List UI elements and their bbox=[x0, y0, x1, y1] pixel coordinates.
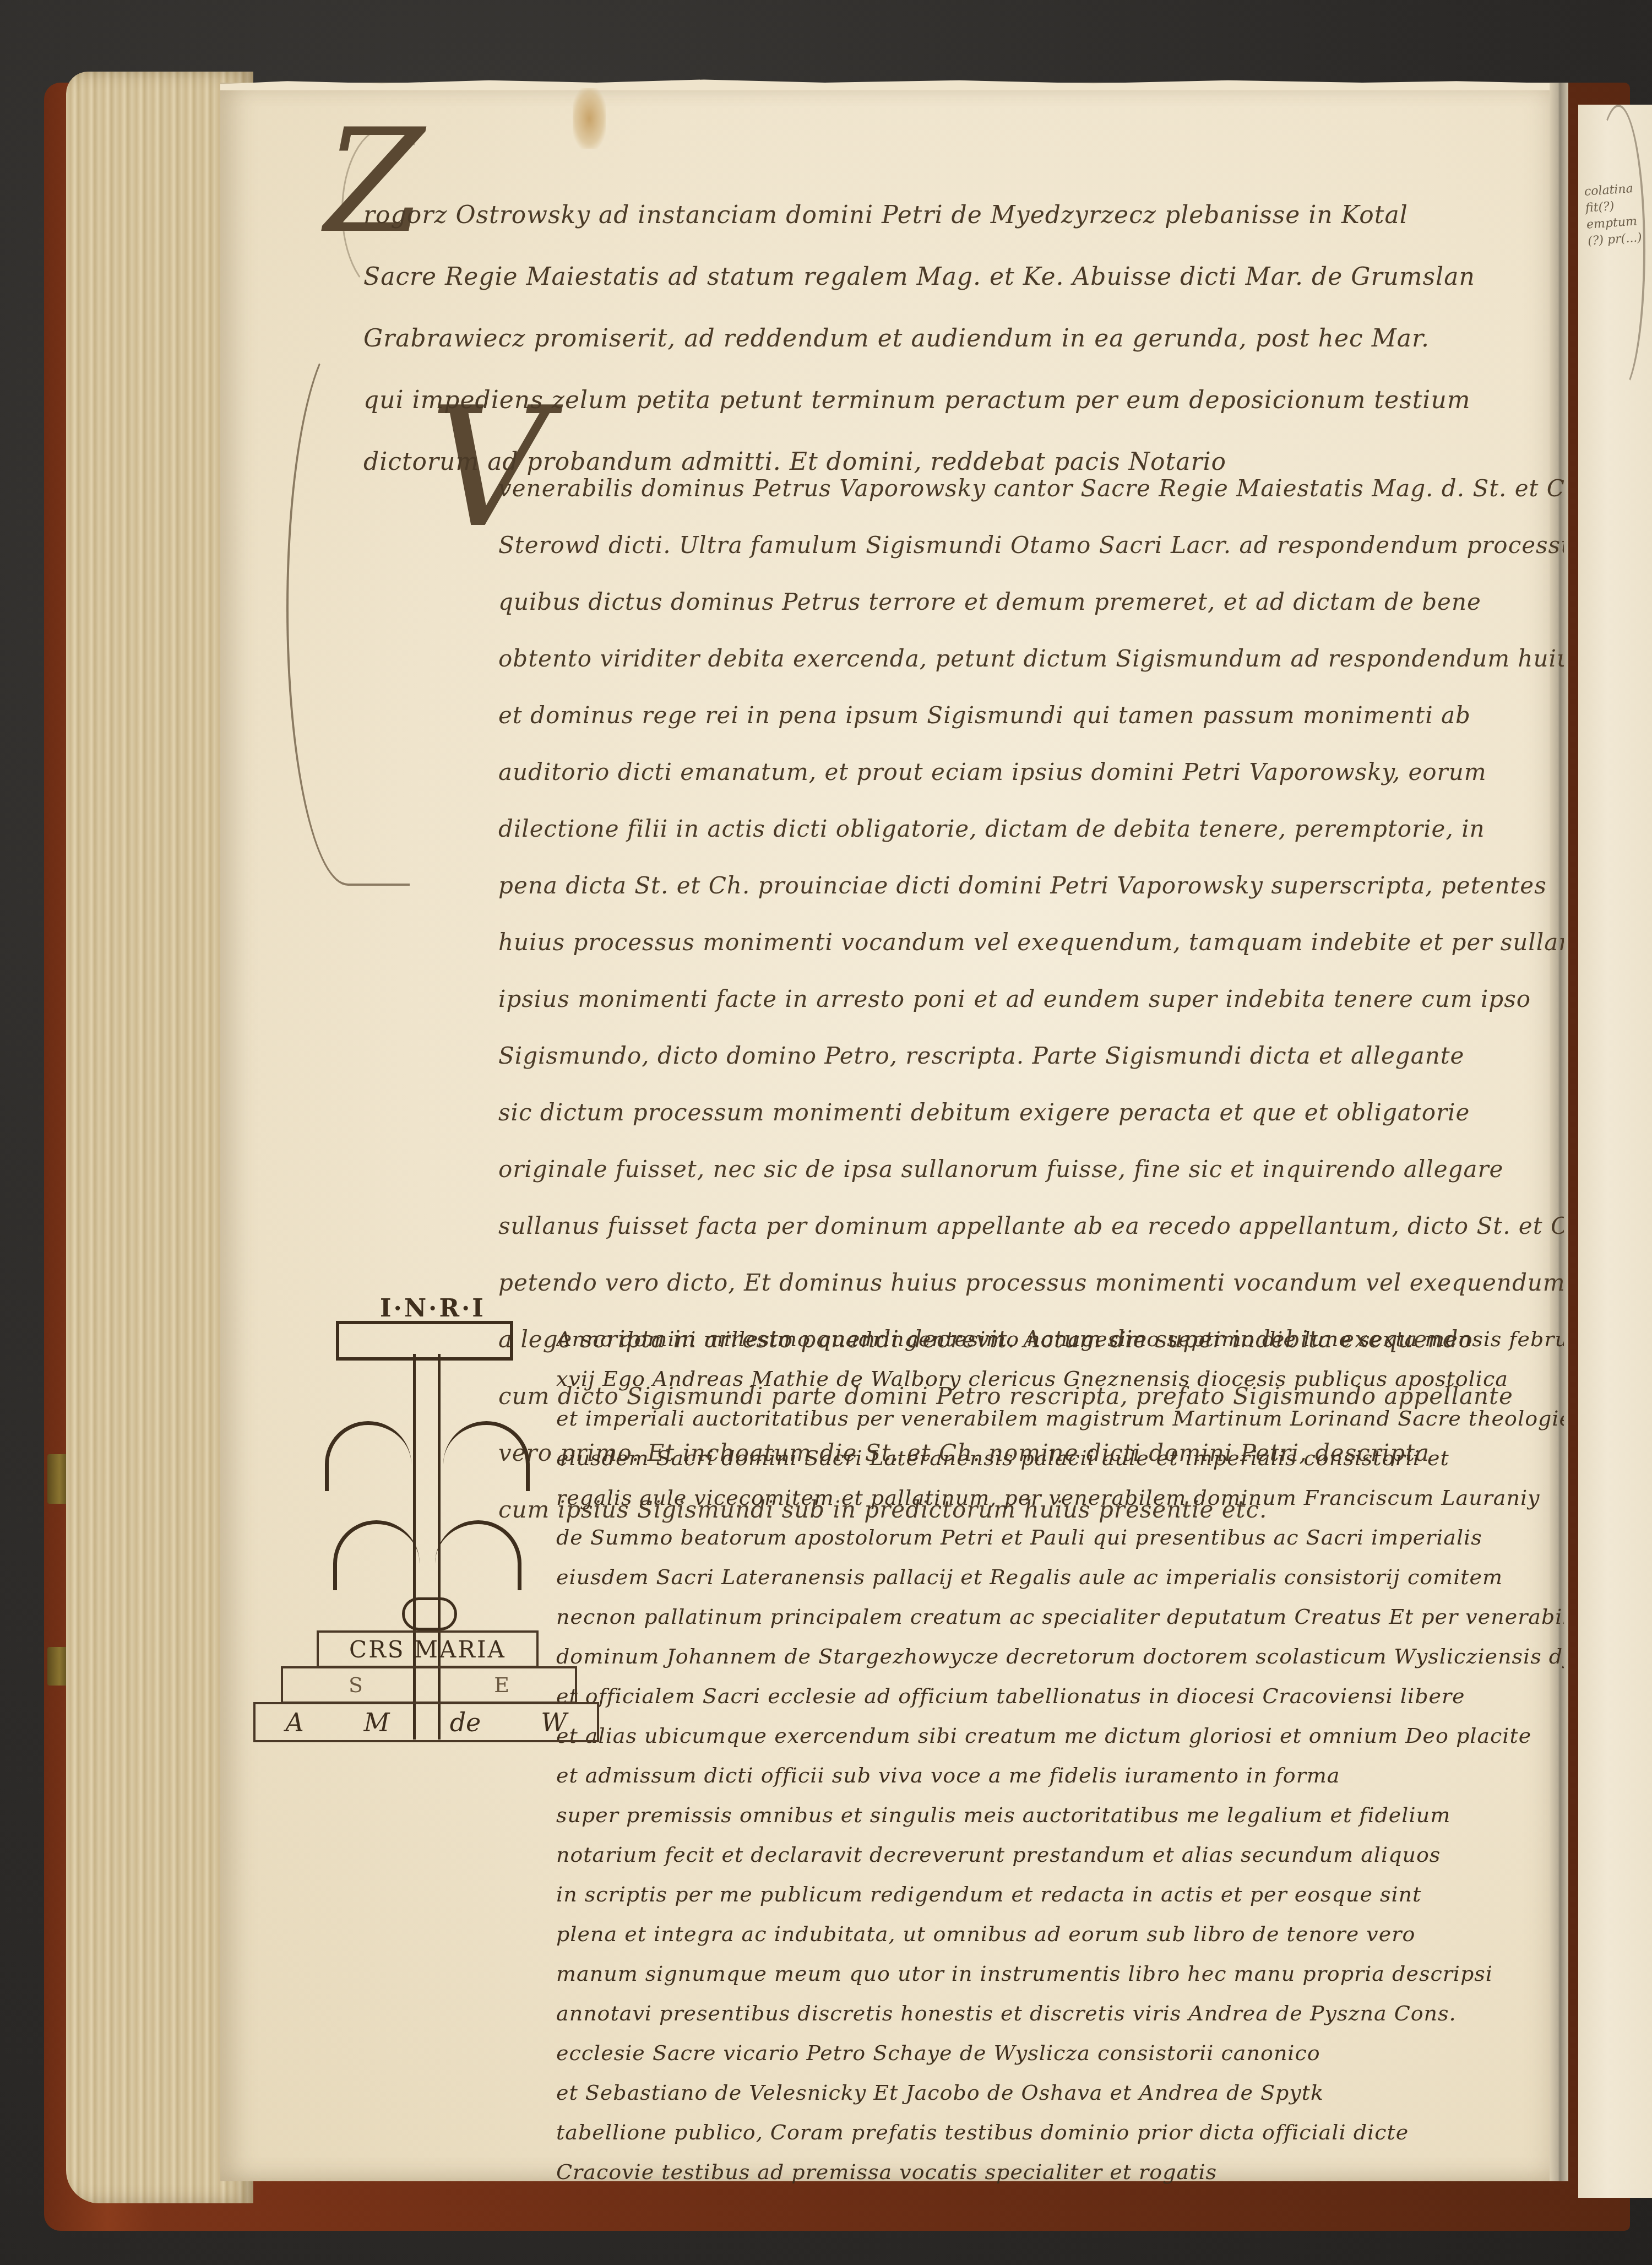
banner-cross-maria: CRS MARIA bbox=[317, 1630, 539, 1668]
facing-page bbox=[1578, 105, 1652, 2198]
text-line: plena et integra ac indubitata, ut omnib… bbox=[556, 1914, 1564, 1954]
facing-page-flourish bbox=[1591, 105, 1645, 395]
text-line: eiusdem Sacri domini Sacri Lateranensis … bbox=[556, 1438, 1564, 1478]
text-line: ecclesie Sacre vicario Petro Schaye de W… bbox=[556, 2033, 1564, 2073]
banner-initials-s-e: S E bbox=[281, 1666, 577, 1704]
text-line: in scriptis per me publicum redigendum e… bbox=[556, 1874, 1564, 1914]
scroll-arm-icon bbox=[435, 1520, 521, 1590]
text-line: pena dicta St. et Ch. prouinciae dicti d… bbox=[498, 857, 1564, 914]
text-line: Cracovie testibus ad premissa vocatis sp… bbox=[556, 2152, 1564, 2192]
text-line: et admissum dicti officii sub viva voce … bbox=[556, 1755, 1564, 1795]
text-line: regalis aule vicecomitem et pallatinum, … bbox=[556, 1478, 1564, 1518]
text-line: dilectione filii in actis dicti obligato… bbox=[498, 800, 1564, 857]
inri-titulus: I·N·R·I bbox=[380, 1294, 486, 1323]
knot-icon bbox=[402, 1597, 457, 1630]
text-line: sullanus fuisset facta per dominum appel… bbox=[498, 1197, 1564, 1254]
text-line: Sacre Regie Maiestatis ad statum regalem… bbox=[363, 246, 1553, 308]
banner-notary-initials: A M de W bbox=[253, 1702, 599, 1742]
text-line: rogorz Ostrowsky ad instanciam domini Pe… bbox=[363, 185, 1553, 246]
text-line: venerabilis dominus Petrus Vaporowsky ca… bbox=[498, 460, 1564, 517]
text-line: manum signumque meum quo utor in instrum… bbox=[556, 1954, 1564, 1993]
text-line: necnon pallatinum principalem creatum ac… bbox=[556, 1597, 1564, 1637]
text-line: originale fuisset, nec sic de ipsa sulla… bbox=[498, 1141, 1564, 1197]
ink-stain bbox=[573, 88, 606, 149]
text-line: ipsius monimenti facte in arresto poni e… bbox=[498, 971, 1564, 1027]
scroll-arm-icon bbox=[443, 1421, 530, 1491]
scroll-arm-icon bbox=[333, 1520, 420, 1590]
text-line: quibus dictus dominus Petrus terrore et … bbox=[498, 573, 1564, 630]
paragraph-1: rogorz Ostrowsky ad instanciam domini Pe… bbox=[363, 185, 1553, 493]
text-line: Sigismundo, dicto domino Petro, rescript… bbox=[498, 1027, 1564, 1084]
text-line: et Sebastiano de Velesnicky Et Jacobo de… bbox=[556, 2073, 1564, 2112]
text-line: petendo vero dicto, Et dominus huius pro… bbox=[498, 1254, 1564, 1311]
text-line: super premissis omnibus et singulis meis… bbox=[556, 1795, 1564, 1835]
text-line: xvij Ego Andreas Mathie de Walbory cleri… bbox=[556, 1359, 1564, 1399]
text-line: huius processus monimenti vocandum vel e… bbox=[498, 914, 1564, 971]
text-line: Sterowd dicti. Ultra famulum Sigismundi … bbox=[498, 517, 1564, 573]
text-line: dominum Johannem de Stargezhowycze decre… bbox=[556, 1637, 1564, 1676]
text-line: obtento viriditer debita exercenda, petu… bbox=[498, 630, 1564, 687]
text-line: Grabrawiecz promiserit, ad reddendum et … bbox=[363, 308, 1553, 370]
text-line: eiusdem Sacri Lateranensis pallacij et R… bbox=[556, 1557, 1564, 1597]
text-line: notarium fecit et declaravit decreverunt… bbox=[556, 1835, 1564, 1874]
text-line: et officialem Sacri ecclesie ad officium… bbox=[556, 1676, 1564, 1716]
text-line: annotavi presentibus discretis honestis … bbox=[556, 1993, 1564, 2033]
text-line: auditorio dicti emanatum, et prout eciam… bbox=[498, 744, 1564, 800]
text-line: et imperiali auctoritatibus per venerabi… bbox=[556, 1399, 1564, 1438]
text-line: Anno domini millesimo quadringentesimo n… bbox=[556, 1319, 1564, 1359]
text-line: tabellione publico, Coram prefatis testi… bbox=[556, 2112, 1564, 2152]
text-line: de Summo beatorum apostolorum Petri et P… bbox=[556, 1518, 1564, 1557]
text-line: qui impediens zelum petita petunt termin… bbox=[363, 370, 1553, 431]
text-line: et alias ubicumque exercendum sibi creat… bbox=[556, 1716, 1564, 1755]
text-line: sic dictum processum monimenti debitum e… bbox=[498, 1084, 1564, 1141]
facing-page-margin-note: colatina fit(?) emptum (?) pr(...) bbox=[1584, 180, 1649, 250]
notarial-sign: I·N·R·I CRS MARIA S E A M de W bbox=[237, 1278, 633, 1818]
scroll-arm-icon bbox=[325, 1421, 411, 1491]
text-line: et dominus rege rei in pena ipsum Sigism… bbox=[498, 687, 1564, 744]
paragraph-3-notarial-attestation: Anno domini millesimo quadringentesimo n… bbox=[556, 1319, 1564, 2192]
